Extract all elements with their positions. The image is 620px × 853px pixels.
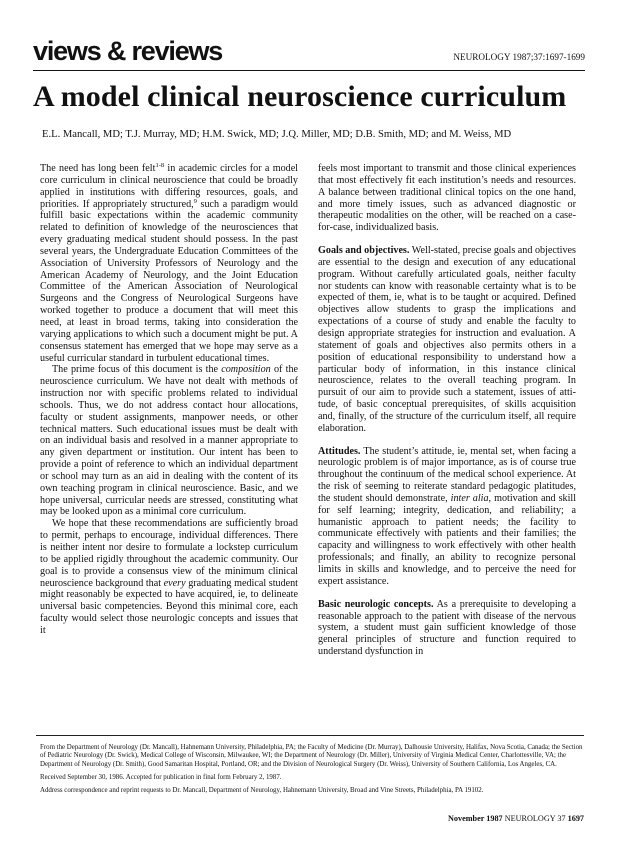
folio-journal: NEUROLOGY 37: [503, 814, 568, 823]
paragraph-focus: The prime focus of this document is the …: [40, 364, 298, 518]
text-run: The prime focus of this document is the: [52, 364, 221, 375]
text-run: Well-stated, precise goals and objective…: [318, 245, 576, 434]
section-goals-and-objectives: Goals and objectives. Well-stated, preci…: [318, 245, 576, 435]
footnotes: From the Department of Neurology (Dr. Ma…: [40, 744, 585, 800]
emphasis: composition: [221, 364, 271, 375]
article-title: A model clinical neuroscience curriculum: [33, 79, 593, 115]
masthead: views & reviews NEUROLOGY 1987;37:1697-1…: [33, 34, 585, 71]
emphasis: inter alia: [451, 493, 489, 504]
paragraph-intro: The need has long been felt1-8 in academ…: [40, 163, 298, 364]
body-column-right: feels most important to transmit and tho…: [318, 163, 576, 658]
footnote-correspondence: Address correspondence and reprint reque…: [40, 787, 585, 795]
reference-superscript: 1-8: [155, 162, 164, 169]
section-heading: Attitudes.: [318, 446, 360, 457]
text-run: , motivation and skill for self learn­in…: [318, 493, 576, 587]
footnote-affiliations: From the Department of Neurology (Dr. Ma…: [40, 744, 585, 769]
journal-page: views & reviews NEUROLOGY 1987;37:1697-1…: [0, 0, 620, 853]
section-heading: Goals and objectives.: [318, 245, 409, 256]
text-run: such a paradigm would fulfill basic expe…: [40, 199, 298, 364]
text-run: The need has long been felt: [40, 163, 155, 174]
author-list: E.L. Mancall, MD; T.J. Murray, MD; H.M. …: [42, 128, 602, 142]
footnote-divider: [36, 735, 584, 736]
journal-citation: NEUROLOGY 1987;37:1697-1699: [453, 51, 585, 63]
folio-date: November 1987: [448, 814, 503, 823]
folio-page-number: 1697: [568, 814, 584, 823]
emphasis: every: [164, 578, 186, 589]
paragraph-recommendations: We hope that these recommendations are s…: [40, 518, 298, 636]
section-logo: views & reviews: [33, 34, 222, 68]
section-basic-neurologic-concepts: Basic neurologic concepts. As a prerequi…: [318, 599, 576, 658]
section-attitudes: Attitudes. The student’s attitude, ie, m…: [318, 446, 576, 588]
page-folio: November 1987 NEUROLOGY 37 1697: [448, 814, 584, 824]
footnote-received: Received September 30, 1986. Accepted fo…: [40, 774, 585, 782]
section-heading: Basic neurologic concepts.: [318, 599, 433, 610]
text-run: of the neuroscience curriculum. We have …: [40, 364, 298, 517]
body-column-left: The need has long been felt1-8 in academ…: [40, 163, 298, 637]
paragraph-continuation: feels most important to transmit and tho…: [318, 163, 576, 234]
